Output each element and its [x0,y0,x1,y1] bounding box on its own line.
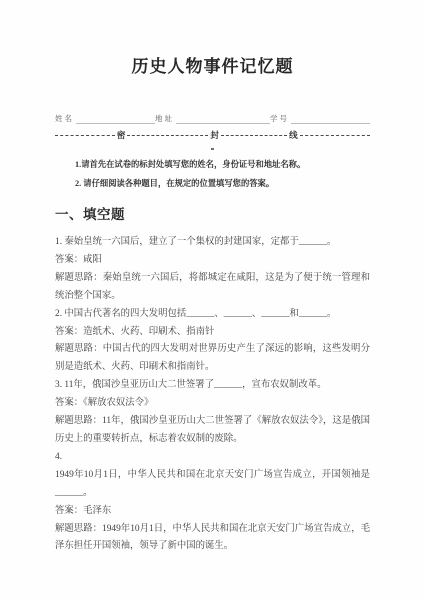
question-2-text: 2. 中国古代著名的四大发明包括______、______、______和___… [55,306,370,324]
question-2-analysis: 解题思路：中国古代的四大发明对世界历史产生了深远的影响，这些发明分别是造纸术、火… [55,341,370,377]
question-4-text: 1949年10月1日，中华人民共和国在北京天安门广场宣告成立，开国领袖是____… [55,467,370,503]
seal-char-mi: 密 [115,130,128,141]
question-4-analysis: 解题思路：1949年10月1日，中华人民共和国在北京天安门广场宣告成立，毛泽东担… [55,521,370,557]
seal-line: 密 封 线 [55,130,370,141]
address-field: 地址 [155,113,270,124]
exam-paper-page: 历史人物事件记忆题 姓名 地址 学号 密 封 线 1.请首先在试卷的标封处填写您… [0,0,424,600]
question-1-answer: 答案：咸阳 [55,252,370,270]
question-3-answer: 答案：《解放农奴法令》 [55,395,370,413]
student-id-field: 学号 [270,113,370,124]
seal-dash [127,135,208,136]
question-3-analysis: 解题思路：11年，俄国沙皇亚历山大二世签署了《解放农奴法令》，这是俄国历史上的重… [55,413,370,449]
seal-char-xian: 线 [287,130,300,141]
name-input-line[interactable] [76,113,155,124]
address-label: 地址 [155,113,174,124]
questions-area: 1. 秦始皇统一六国后，建立了一个集权的封建国家，定都于______。 答案：咸… [55,234,370,556]
name-field: 姓名 [55,113,155,124]
question-4-answer: 答案：毛泽东 [55,503,370,521]
question-4-number: 4. [55,449,370,467]
question-3-text: 3. 11年，俄国沙皇亚历山大二世签署了______，宣布农奴制改革。 [55,377,370,395]
instruction-item-2: 2. 请仔细阅读各种题目，在规定的位置填写您的答案。 [75,176,370,191]
name-label: 姓名 [55,113,74,124]
section-heading-fill-in-blank: 一、填空题 [55,205,370,224]
student-id-label: 学号 [270,113,289,124]
stray-mark [211,148,214,150]
student-info-row: 姓名 地址 学号 [55,113,370,124]
instruction-item-1: 1.请首先在试卷的标封处填写您的姓名，身份证号和地址名称。 [75,157,370,172]
seal-dash [221,135,287,136]
seal-dash [55,135,115,136]
question-2-answer: 答案：造纸术、火药、印刷术、指南针 [55,324,370,342]
seal-dash [300,135,370,136]
instructions-block: 1.请首先在试卷的标封处填写您的姓名，身份证号和地址名称。 2. 请仔细阅读各种… [55,157,370,191]
question-1-text: 1. 秦始皇统一六国后，建立了一个集权的封建国家，定都于______。 [55,234,370,252]
address-input-line[interactable] [176,113,270,124]
question-1-analysis: 解题思路：秦始皇统一六国后，将都城定在咸阳，这是为了便于统一管理和统治整个国家。 [55,270,370,306]
page-title: 历史人物事件记忆题 [55,55,370,79]
seal-char-feng: 封 [208,130,221,141]
student-id-input-line[interactable] [291,113,370,124]
